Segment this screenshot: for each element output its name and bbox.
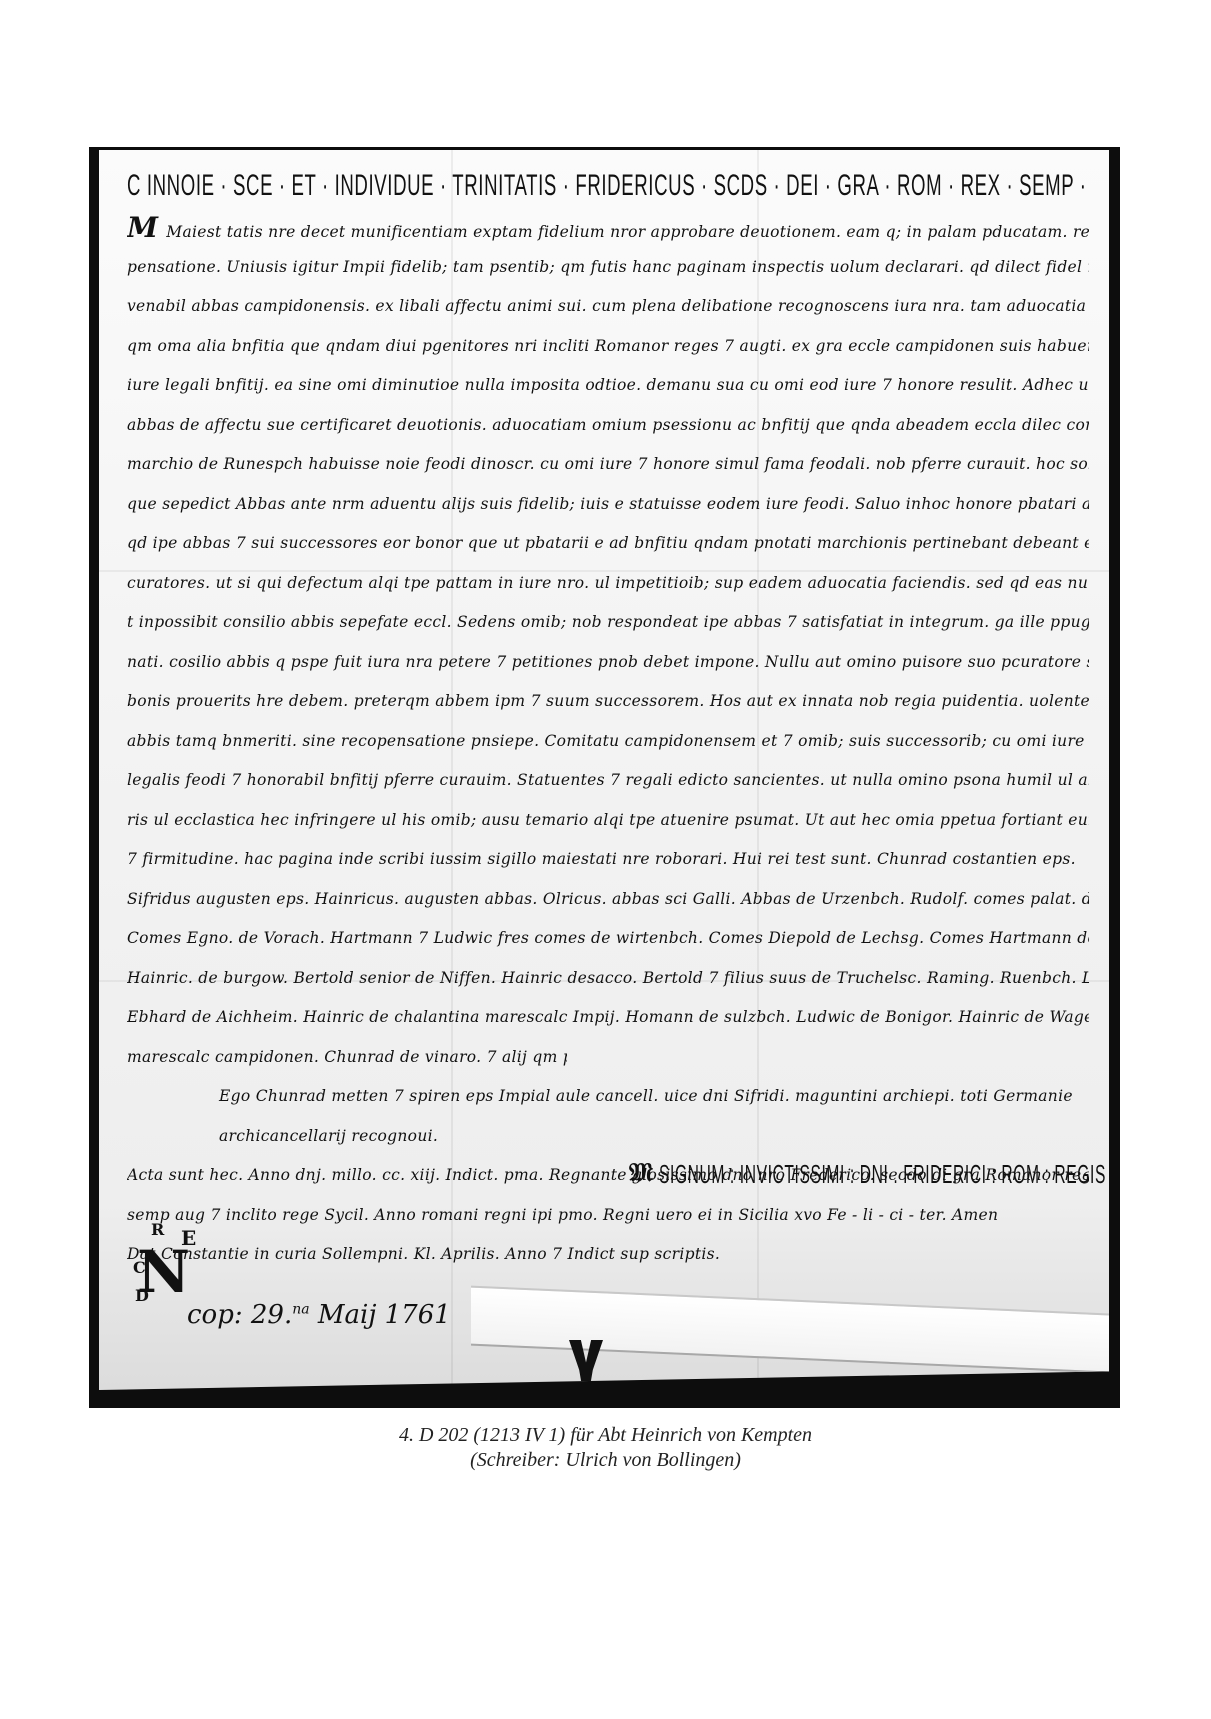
monogram-letter: E (181, 1226, 196, 1250)
monogram-letter: C (133, 1258, 146, 1277)
witness-line: Ebhard de Aichheim. Hainric de chalantin… (127, 998, 1089, 1038)
text-line: abbas de affectu sue certificaret deuoti… (127, 406, 1089, 446)
text-line: 7 firmitudine. hac pagina inde scribi iu… (127, 840, 1089, 880)
recognition-line: archicancellarij recognoui. (127, 1117, 1089, 1157)
text-line: bonis prouerits hre debem. preterqm abbe… (127, 682, 1089, 722)
text-line: nati. cosilio abbis q pspe fuit iura nra… (127, 643, 1089, 683)
witness-line: Comes Egno. de Vorach. Hartmann 7 Ludwic… (127, 919, 1089, 959)
text-line: marchio de Runespch habuisse noie feodi … (127, 445, 1089, 485)
charter-text: C INNOIE · SCE · ET · INDIVIDUE · TRINIT… (127, 164, 1089, 1275)
text-line: t inpossibit consilio abbis sepefate ecc… (127, 603, 1089, 643)
datum-line: semp aug 7 inclito rege Sycil. Anno roma… (127, 1196, 1089, 1236)
witness-line: marescalc campidonen. Chunrad de vinaro.… (127, 1038, 567, 1078)
witness-line: Hainric. de burgow. Bertold senior de Ni… (127, 959, 1089, 999)
signum-line: SIGNUM : INVICTISSIMI : DNI . FRIDERICI … (659, 1154, 1211, 1194)
dorsal-annotation: cop: 29.na Maij 1761 (187, 1300, 451, 1330)
figure-caption-scribe: (Schreiber: Ulrich von Bollingen) (0, 1449, 1211, 1472)
parchment: C INNOIE · SCE · ET · INDIVIDUE · TRINIT… (99, 150, 1109, 1390)
text-line: qm oma alia bnfitia que qndam diui pgeni… (127, 327, 1089, 367)
recognition-line: Ego Chunrad metten 7 spiren eps Impial a… (127, 1077, 1089, 1117)
initial-m: M (127, 208, 158, 248)
plica-fold (471, 1286, 1131, 1375)
monogram: N R E C D (137, 1220, 207, 1310)
text-line: abbis tamq bnmeriti. sine recopensatione… (127, 722, 1089, 762)
witness-line: Sifridus augusten eps. Hainricus. august… (127, 880, 1089, 920)
datum-line: Dat Constantie in curia Sollempni. Kl. A… (127, 1235, 1089, 1275)
invocation-line: C INNOIE · SCE · ET · INDIVIDUE · TRINIT… (127, 164, 1087, 208)
figure-caption-title: 4. D 202 (1213 IV 1) für Abt Heinrich vo… (0, 1424, 1211, 1447)
text-line: que sepedict Abbas ante nrm aduentu alij… (127, 485, 1089, 525)
text-line: iure legali bnfitij. ea sine omi diminut… (127, 366, 1089, 406)
monogram-letter: R (151, 1220, 164, 1239)
monogram-letter: D (135, 1286, 149, 1305)
text-line: pensatione. Uniusis igitur Impii fidelib… (127, 248, 1089, 288)
chrismon-symbol: 𝔐 (629, 1158, 653, 1189)
text-line: venabil abbas campidonensis. ex libali a… (127, 287, 1089, 327)
text-line: curatores. ut si qui defectum alqi tpe p… (127, 564, 1089, 604)
text-line: legalis feodi 7 honorabil bnfitij pferre… (127, 761, 1089, 801)
text-line: ris ul ecclastica hec infringere ul his … (127, 801, 1089, 841)
text-line: MMaiest tatis nre decet munificentiam ex… (127, 208, 1089, 248)
charter-photograph: C INNOIE · SCE · ET · INDIVIDUE · TRINIT… (89, 147, 1120, 1408)
text-line: qd ipe abbas 7 sui successores eor bonor… (127, 524, 1089, 564)
